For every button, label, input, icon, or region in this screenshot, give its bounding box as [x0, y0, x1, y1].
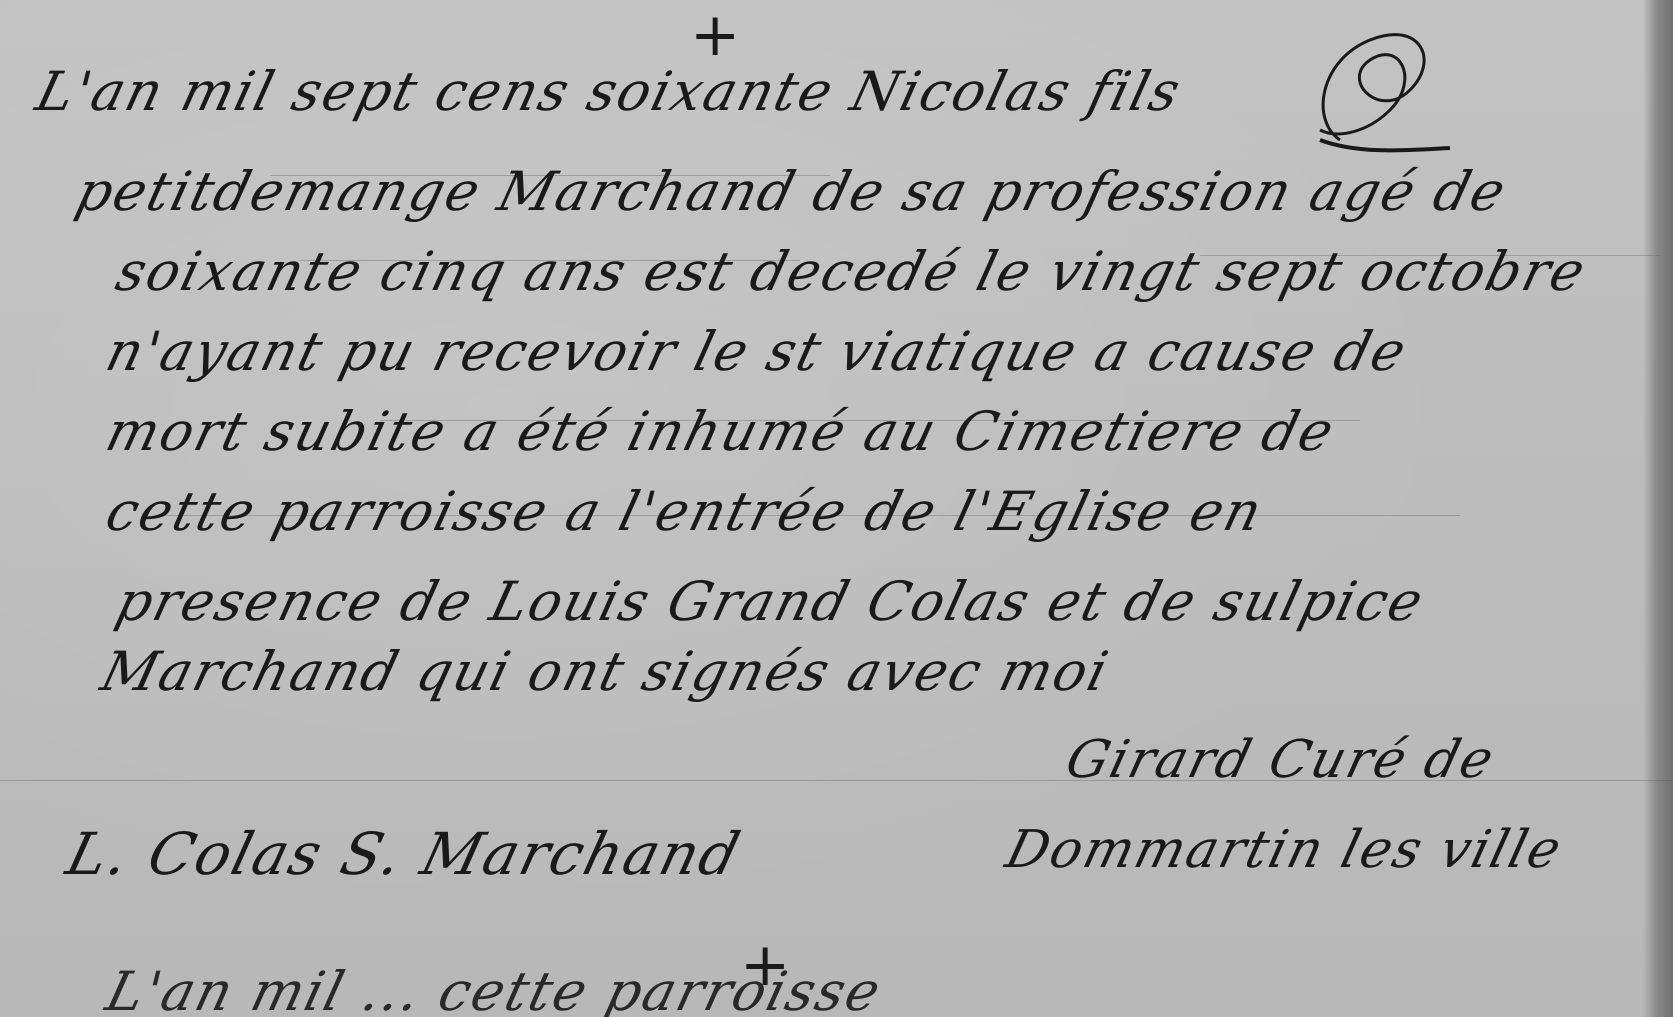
entry-line-5: mort subite a été inhumé au Cimetiere de [100, 400, 1342, 463]
entry-line-1: L'an mil sept cens soixante Nicolas fils [30, 60, 1188, 123]
entry-line-4: n'ayant pu recevoir le st viatique a cau… [100, 320, 1414, 383]
entry-line-7: presence de Louis Grand Colas et de sulp… [110, 570, 1431, 633]
entry-line-3: soixante cinq ans est decedé le vingt se… [110, 240, 1593, 303]
entry-line-2: petitdemange Marchand de sa profession a… [70, 160, 1513, 223]
paraph-flourish-icon [1300, 20, 1450, 160]
signature-witnesses: L. Colas S. Marchand [60, 820, 748, 888]
signature-cure-line-2: Dommartin les ville [1000, 820, 1569, 880]
signature-cure-line-1: Girard Curé de [1060, 730, 1501, 790]
next-entry-fragment: L'an mil ... cette parroisse [100, 960, 888, 1017]
page-edge-shadow [1643, 0, 1673, 1017]
register-page: + L'an mil sept cens soixante Nicolas fi… [0, 0, 1673, 1017]
entry-line-8: Marchand qui ont signés avec moi [95, 640, 1116, 703]
entry-line-6: cette parroisse a l'entrée de l'Eglise e… [100, 480, 1270, 543]
